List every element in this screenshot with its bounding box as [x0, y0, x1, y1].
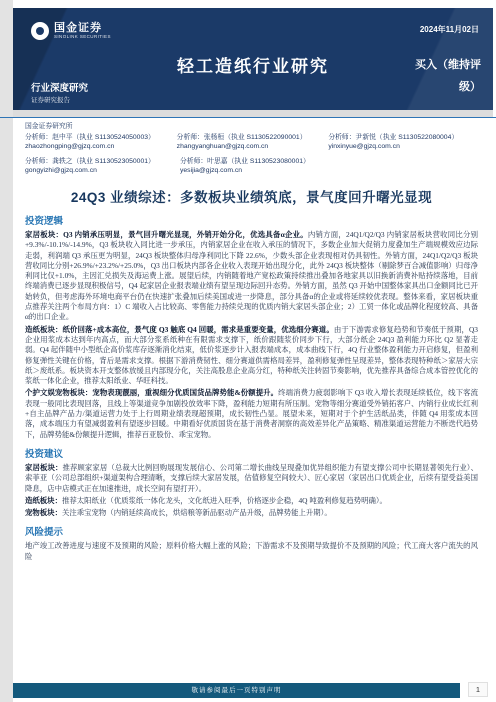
paragraph-lead: 家居板块：Q3 内销承压明显，景气回升曙光显现，外销开始分化，优选具备α企业。 — [25, 230, 308, 239]
paragraph-text: 推荐太阳纸业（优质浆纸一体化龙头，文化纸进入旺季，价格逐步企稳，4Q 吨盈利修复… — [62, 496, 387, 505]
analyst-block: 国金证券研究所 分析师：赵中平（执业 S1130524050003） zhaoz… — [25, 122, 480, 181]
analyst-email: yinxinyue@gjzq.com.cn — [328, 142, 476, 151]
analyst-row: 分析师：赵中平（执业 S1130524050003） zhaozhongping… — [25, 133, 480, 151]
paragraph-lead: 家居板块： — [25, 463, 62, 472]
paragraph-personal-care-pets: 个护文娱宠物板块：宠物表现靓丽，重视细分优质国货品牌势能&份额提升。终端消费力疲… — [25, 388, 478, 439]
advice-pets: 宠物板块：关注乖宝宠物（内销延续高成长，烘焙粮等新品驱动产品升级，品牌势能上升期… — [25, 508, 478, 518]
analyst-name: 分析师：赵中平（执业 S1130524050003） — [25, 133, 173, 142]
paragraph-text: 地产竣工改善进度与速度不及预期的风险；原料价格大幅上涨的风险；下游需求不及预期导… — [25, 541, 478, 560]
report-date: 2024年11月02日 — [420, 24, 479, 35]
header-rule — [0, 117, 496, 118]
paragraph-text: 推荐顾家家居（总裁大比例回购展现发展信心、公司第二增长曲线呈现叠加优异组织能力有… — [25, 463, 478, 493]
analyst-card: 分析师：张杨桓（执业 S1130522090001） zhangyanghuan… — [177, 133, 329, 151]
paragraph-text: 关注乖宝宠物（内销延续高成长，烘焙粮等新品驱动产品升级，品牌势能上升期）。 — [62, 508, 332, 517]
report-body: 24Q3 业绩综述：多数板块业绩筑底，景气度回升曙光显现 投资逻辑 家居板块：Q… — [25, 186, 478, 564]
paragraph-text: 内销方面，24Q1/Q2/Q3 内销家居板块营收同比分别+9.3%/-10.1%… — [25, 230, 478, 321]
brand-name-en: SINOLINK SECURITIES — [54, 34, 111, 40]
advice-home-furnishing: 家居板块：推荐顾家家居（总裁大比例回购展现发展信心、公司第二增长曲线呈现叠加优异… — [25, 463, 478, 494]
research-institute: 国金证券研究所 — [25, 122, 480, 131]
analyst-name: 分析师：尹新悦（执业 S1130522080004） — [328, 133, 476, 142]
report-category: 行业深度研究 — [31, 80, 88, 94]
page-title: 24Q3 业绩综述：多数板块业绩筑底，景气度回升曙光显现 — [25, 186, 478, 206]
paragraph-papermaking: 造纸板块：纸价回落+成本高位，景气度 Q3 触底 Q4 回暖，需求是重要变量，优… — [25, 325, 478, 387]
analyst-email: zhaozhongping@gjzq.com.cn — [25, 142, 173, 151]
analyst-name: 分析师：龚轶之（执业 S1130523050001） — [25, 157, 176, 166]
report-header-banner: 国金证券 SINOLINK SECURITIES 2024年11月02日 轻工造… — [13, 8, 493, 110]
analyst-row: 分析师：龚轶之（执业 S1130523050001） gongyizhi@gjz… — [25, 157, 480, 175]
paragraph-lead: 造纸板块： — [25, 496, 62, 505]
analyst-name: 分析师：张杨桓（执业 S1130522090001） — [177, 133, 325, 142]
analyst-email: zhangyanghuan@gjzq.com.cn — [177, 142, 325, 151]
analyst-card: 分析师：尹新悦（执业 S1130522080004） yinxinyue@gjz… — [328, 133, 480, 151]
brand-logo: 国金证券 SINOLINK SECURITIES — [31, 22, 111, 40]
footer-disclaimer-bar: 敬请参阅最后一页特别声明 — [13, 683, 460, 698]
section-heading-risk: 风险提示 — [25, 524, 478, 538]
analyst-name: 分析师：叶思嘉（执业 S1130523080001） — [180, 157, 331, 166]
page-number: 1 — [468, 682, 488, 697]
brand-text: 国金证券 SINOLINK SECURITIES — [54, 23, 111, 40]
analyst-card: 分析师：赵中平（执业 S1130524050003） zhaozhongping… — [25, 133, 177, 151]
header-divider-band — [13, 110, 493, 117]
sinolink-logo-icon — [31, 22, 49, 40]
brand-name: 国金证券 — [54, 23, 111, 34]
analyst-card: 分析师：龚轶之（执业 S1130523050001） gongyizhi@gjz… — [25, 157, 180, 175]
report-page: 国金证券 SINOLINK SECURITIES 2024年11月02日 轻工造… — [0, 0, 496, 702]
paragraph-lead: 宠物板块： — [25, 508, 62, 517]
advice-papermaking: 造纸板块：推荐太阳纸业（优质浆纸一体化龙头，文化纸进入旺季，价格逐步企稳，4Q … — [25, 496, 478, 506]
report-subcategory: 证券研究报告 — [31, 95, 70, 104]
rating-badge: 买入（维持评级） — [403, 54, 481, 98]
analyst-email: yesijia@gjzq.com.cn — [180, 166, 331, 175]
section-heading-investment-advice: 投资建议 — [25, 446, 478, 460]
scan-gutter — [0, 0, 13, 702]
analyst-email: gongyizhi@gjzq.com.cn — [25, 166, 176, 175]
paragraph-lead: 造纸板块：纸价回落+成本高位，景气度 Q3 触底 Q4 回暖，需求是重要变量，优… — [25, 325, 334, 334]
risk-paragraph: 地产竣工改善进度与速度不及预期的风险；原料价格大幅上涨的风险；下游需求不及预期导… — [25, 541, 478, 562]
paragraph-home-furnishing: 家居板块：Q3 内销承压明显，景气回升曙光显现，外销开始分化，优选具备α企业。内… — [25, 230, 478, 323]
section-heading-investment-logic: 投资逻辑 — [25, 213, 478, 227]
analyst-card: 分析师：叶思嘉（执业 S1130523080001） yesijia@gjzq.… — [180, 157, 335, 175]
paragraph-lead: 个护文娱宠物板块：宠物表现靓丽，重视细分优质国货品牌势能&份额提升。 — [25, 388, 278, 397]
